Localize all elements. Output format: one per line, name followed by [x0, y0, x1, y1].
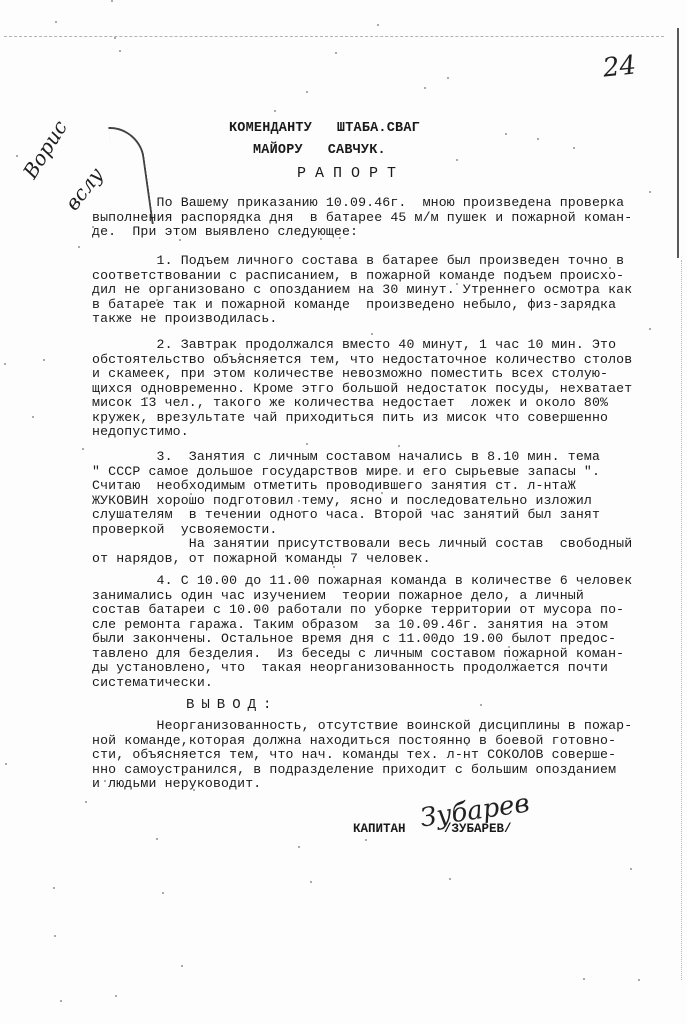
scan-speck [335, 52, 337, 54]
scan-speck [156, 299, 158, 301]
scan-speck [456, 283, 458, 285]
scan-speck [220, 361, 222, 363]
scan-speck [111, 0, 113, 2]
scan-speck [190, 493, 192, 495]
margin-resolution-line-1: Ворис [18, 116, 72, 183]
scan-speck [649, 191, 651, 193]
scan-speck [638, 979, 640, 981]
scan-speck [183, 774, 185, 776]
scan-speck [43, 359, 45, 361]
scan-speck [54, 935, 56, 937]
scan-speck [115, 995, 117, 997]
scan-speck [480, 704, 482, 706]
scan-speck [162, 892, 164, 894]
scan-speck [508, 646, 510, 648]
scan-speck [285, 555, 287, 557]
scan-speck [399, 473, 401, 475]
scan-edge-line [4, 36, 664, 38]
scan-speck [78, 246, 80, 248]
scan-speck [82, 448, 84, 450]
scan-speck [339, 237, 341, 239]
scan-speck [274, 110, 276, 112]
scan-speck [649, 328, 651, 330]
addressee-line-1: КОМЕНДАНТУ ШТАБА.СВАГ [229, 121, 420, 136]
scan-speck [181, 965, 183, 967]
document-page: 24 КОМЕНДАНТУ ШТАБА.СВАГ МАЙОРУ САВЧУК. … [0, 0, 687, 1024]
scan-speck [306, 443, 308, 445]
item-paragraph-2: 2. Завтрак продолжался вместо 40 минут, … [92, 338, 672, 440]
conclusion-paragraph: Неорганизованность, отсутствие воинской … [92, 719, 672, 792]
scan-speck [447, 77, 449, 79]
scan-speck [306, 91, 308, 93]
conclusion-heading: ВЫВОД: [186, 697, 278, 713]
scan-speck [424, 87, 426, 89]
scan-speck [60, 1000, 62, 1002]
scan-speck [516, 659, 518, 661]
scan-speck [301, 511, 303, 513]
scan-speck [32, 416, 34, 418]
signature-rank: КАПИТАН [353, 822, 406, 836]
scan-speck [239, 353, 241, 355]
scan-speck [298, 846, 300, 848]
scan-speck [92, 226, 94, 228]
scan-speck [156, 838, 158, 840]
scan-speck [320, 238, 322, 240]
signature-name: /ЗУБАРЕВ/ [444, 822, 512, 836]
item-paragraph-3: 3. Занятия с личным составом начались в … [92, 450, 672, 566]
scan-speck [119, 50, 121, 52]
scan-speck [463, 653, 465, 655]
scan-speck [179, 239, 181, 241]
scan-speck [85, 801, 87, 803]
scan-speck [449, 878, 451, 880]
scan-speck [377, 24, 379, 26]
scan-speck [537, 138, 539, 140]
scan-speck [573, 147, 575, 149]
scan-speck [365, 839, 367, 841]
scan-speck [4, 363, 6, 365]
item-paragraph-4: 4. С 10.00 до 11.00 пожарная команда в к… [92, 574, 672, 690]
scan-speck [53, 887, 55, 889]
addressee-line-2: МАЙОРУ САВЧУК. [253, 143, 386, 158]
scan-speck [16, 155, 18, 157]
scan-speck [398, 445, 400, 447]
scan-speck [505, 133, 507, 135]
scan-speck [114, 37, 116, 39]
scan-speck [5, 763, 7, 765]
scan-speck [583, 978, 585, 980]
scan-speck [325, 418, 327, 420]
scan-speck [298, 500, 300, 502]
scan-speck [381, 492, 383, 494]
scan-speck [371, 333, 373, 335]
document-title: РАПОРТ [297, 165, 405, 182]
scan-speck [55, 21, 57, 23]
scan-speck [630, 868, 632, 870]
scan-speck [456, 159, 458, 161]
intro-paragraph: По Вашему приказанию 10.09.46г. мною про… [92, 196, 672, 240]
scan-speck [310, 881, 312, 883]
scan-speck [466, 744, 468, 746]
scan-speck [333, 566, 335, 568]
scan-speck [104, 780, 106, 782]
scan-speck [303, 234, 305, 236]
scan-speck [410, 405, 412, 407]
scan-right-edge-dots [681, 260, 683, 980]
folio-number: 24 [602, 50, 638, 83]
item-paragraph-1: 1. Подъем личного состава в батарее был … [92, 254, 672, 327]
scan-speck [400, 414, 402, 416]
scan-speck [609, 267, 611, 269]
scan-speck [193, 789, 195, 791]
scan-right-edge [677, 28, 679, 258]
scan-speck [146, 397, 148, 399]
